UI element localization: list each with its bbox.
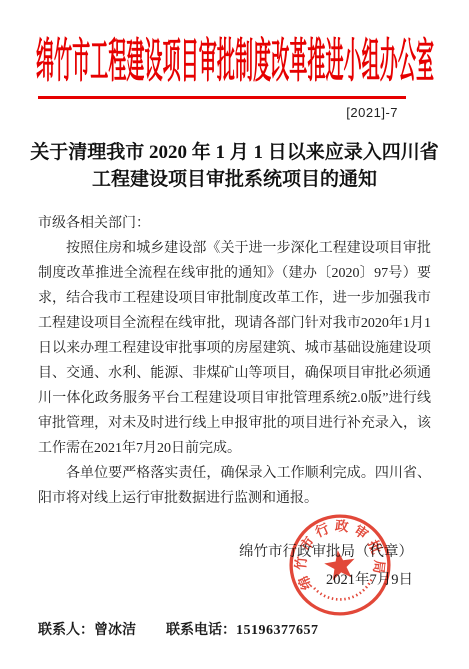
body-line: 川一体化政务服务平台工程建设项目审批管理系统2.0版”进行线上 bbox=[38, 386, 431, 411]
phone-label: 联系电话： bbox=[166, 623, 236, 638]
body-line: 审批管理，对未及时进行线上申报审批的项目进行补充录入，该项 bbox=[38, 411, 431, 436]
body-line: 市级各相关部门： bbox=[38, 211, 431, 236]
notice-title-line2: 工程建设项目审批系统项目的通知 bbox=[10, 166, 459, 193]
body-line: 工作需在2021年7月20日前完成。 bbox=[38, 436, 431, 461]
phone-number: 15196377657 bbox=[236, 623, 319, 638]
document-page: 绵竹市工程建设项目审批制度改革推进小组办公室 [2021]-7 关于清理我市 2… bbox=[0, 0, 469, 669]
body-line: 各单位要严格落实责任，确保录入工作顺利完成。四川省、德 bbox=[38, 461, 431, 486]
seal-graphic: 绵竹市行政审批局 bbox=[281, 506, 400, 625]
contact-label: 联系人： bbox=[38, 623, 94, 638]
body-line: 求，结合我市工程建设项目审批制度改革工作，进一步加强我市 bbox=[38, 286, 431, 311]
body-line: 制度改革推进全流程在线审批的通知》（建办〔2020〕97号）要 bbox=[38, 261, 431, 286]
footer-contacts: 联系人：曾冰洁联系电话：15196377657 bbox=[38, 619, 319, 639]
body-line: 目、交通、水利、能源、非煤矿山等项目，确保项目审批必须通过“四 bbox=[38, 361, 431, 386]
letterhead-org-title: 绵竹市工程建设项目审批制度改革推进小组办公室 bbox=[35, 24, 433, 91]
contact-name: 曾冰洁 bbox=[94, 623, 136, 638]
letterhead: 绵竹市工程建设项目审批制度改革推进小组办公室 bbox=[0, 24, 469, 90]
seal-star bbox=[323, 548, 358, 582]
official-seal: 绵竹市行政审批局 bbox=[281, 506, 400, 625]
body-line: 按照住房和城乡建设部《关于进一步深化工程建设项目审批 bbox=[38, 236, 431, 261]
body-line: 工程建设项目全流程在线审批，现请各部门针对我市2020年1月1 bbox=[38, 311, 431, 336]
red-divider-line bbox=[38, 96, 406, 99]
notice-title-line1: 关于清理我市 2020 年 1 月 1 日以来应录入四川省 bbox=[10, 139, 459, 166]
document-number: [2021]-7 bbox=[346, 105, 398, 120]
body-line: 日以来办理工程建设审批事项的房屋建筑、城市基础设施建设项 bbox=[38, 336, 431, 361]
seal-code-dots bbox=[314, 579, 374, 604]
notice-title: 关于清理我市 2020 年 1 月 1 日以来应录入四川省 工程建设项目审批系统… bbox=[10, 139, 459, 193]
body-lines: 市级各相关部门：按照住房和城乡建设部《关于进一步深化工程建设项目审批制度改革推进… bbox=[38, 211, 431, 511]
